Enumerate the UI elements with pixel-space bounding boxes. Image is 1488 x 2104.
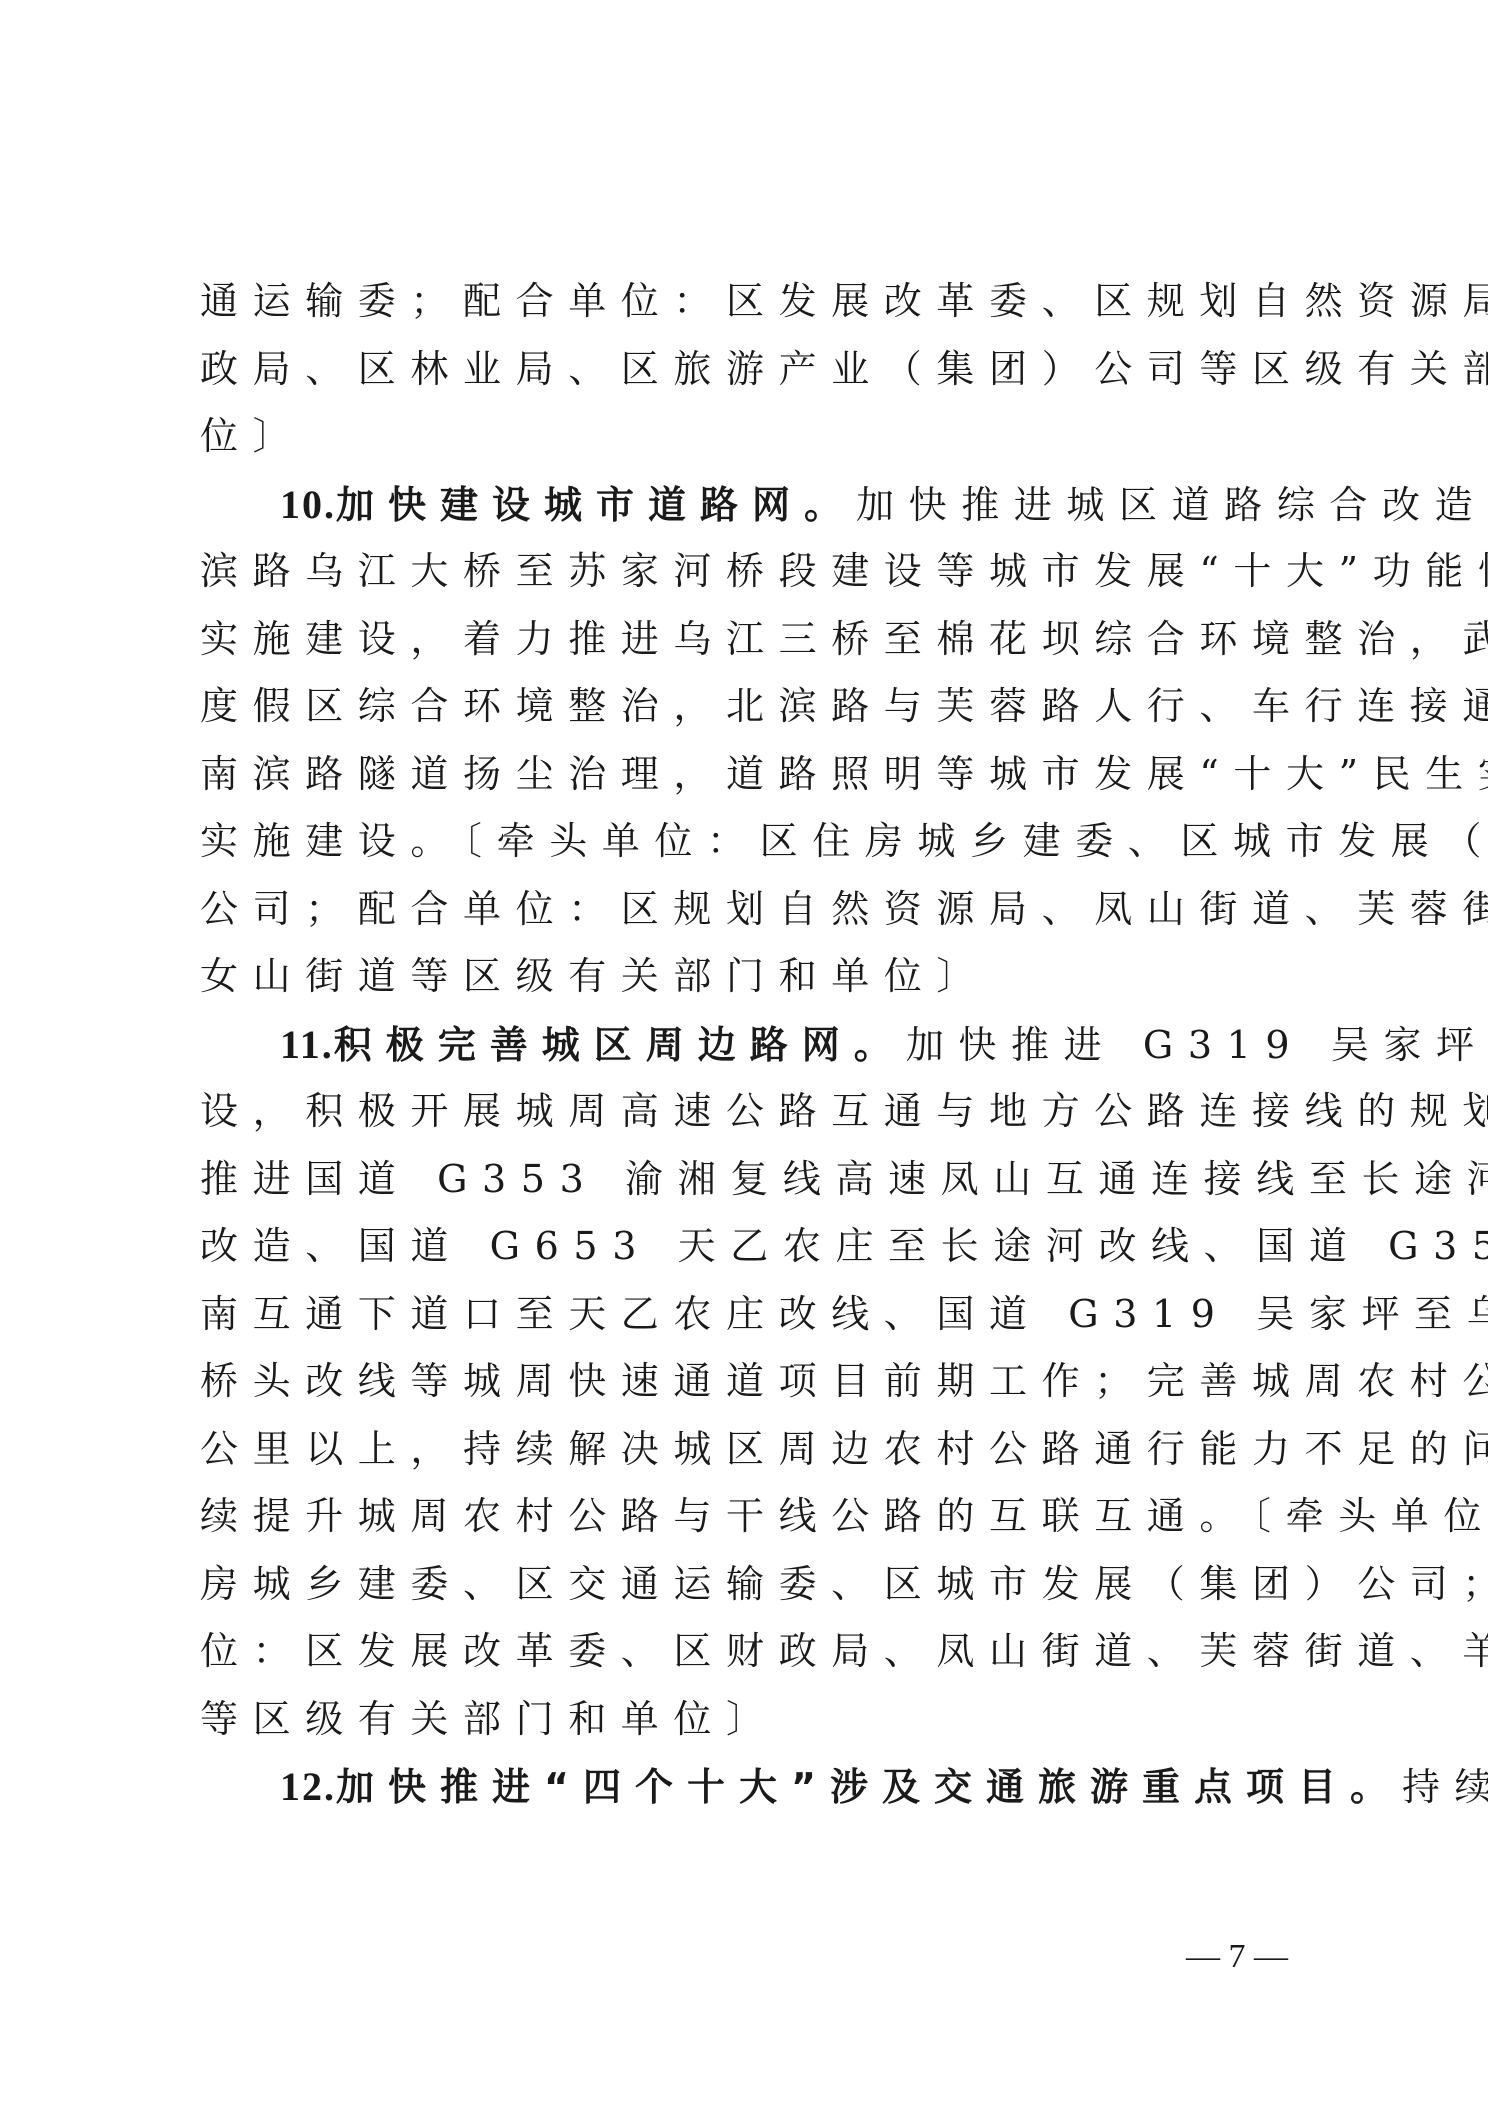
text-line: 南互通下道口至天乙农庄改线、国道 G319 吴家坪至乌江二桥南 bbox=[200, 1281, 1300, 1349]
body-text: 通运输委；配合单位：区发展改革委、区规划自然资源局、区财 政局、区林业局、区旅游… bbox=[200, 268, 1300, 1821]
page-number: — 7 — bbox=[1186, 1938, 1288, 1976]
section-number: 11. bbox=[280, 1022, 334, 1067]
section-number: 12. bbox=[280, 1764, 336, 1809]
text-line: 公里以上，持续解决城区周边农村公路通行能力不足的问题，持 bbox=[200, 1416, 1300, 1484]
text-line: 推进国道 G353 渝湘复线高速凤山互通连接线至长途河桥头原级 bbox=[200, 1146, 1300, 1214]
section-12-first-line: 12.加快推进“四个十大”涉及交通旅游重点项目。持续优化 bbox=[200, 1753, 1300, 1821]
text-line: 南滨路隧道扬尘治理，道路照明等城市发展“十大”民生实事项目 bbox=[200, 741, 1300, 809]
text-line: 等区级有关部门和单位〕 bbox=[200, 1686, 1300, 1754]
section-11-first-line: 11.积极完善城区周边路网。加快推进 G319 吴家坪环岛建 bbox=[200, 1011, 1300, 1079]
section-heading: 积极完善城区周边路网。 bbox=[334, 1023, 906, 1067]
text-line: 桥头改线等城周快速通道项目前期工作；完善城周农村公路 46 bbox=[200, 1348, 1300, 1416]
text-line: 实施建设。〔牵头单位：区住房城乡建委、区城市发展（集团） bbox=[200, 808, 1300, 876]
text-line: 滨路乌江大桥至苏家河桥段建设等城市发展“十大”功能性项目 bbox=[200, 538, 1300, 606]
text-line: 改造、国道 G653 天乙农庄至长途河改线、国道 G353 渝湘复线 bbox=[200, 1213, 1300, 1281]
text-line: 女山街道等区级有关部门和单位〕 bbox=[200, 943, 1300, 1011]
section-number: 10. bbox=[280, 482, 336, 527]
text-line: 设，积极开展城周高速公路互通与地方公路连接线的规划论证， bbox=[200, 1078, 1300, 1146]
section-text: 持续优化 bbox=[1402, 1765, 1488, 1809]
document-page: 通运输委；配合单位：区发展改革委、区规划自然资源局、区财 政局、区林业局、区旅游… bbox=[0, 0, 1488, 2104]
section-text: 加快推进城区道路综合改造，北 bbox=[856, 483, 1488, 527]
section-heading: 加快推进“四个十大”涉及交通旅游重点项目。 bbox=[336, 1765, 1402, 1809]
text-line: 公司；配合单位：区规划自然资源局、凤山街道、芙蓉街道、仙 bbox=[200, 876, 1300, 944]
text-line: 续提升城周农村公路与干线公路的互联互通。〔牵头单位：区住 bbox=[200, 1483, 1300, 1551]
text-line: 房城乡建委、区交通运输委、区城市发展（集团）公司；配合单 bbox=[200, 1551, 1300, 1619]
text-line: 通运输委；配合单位：区发展改革委、区规划自然资源局、区财 bbox=[200, 268, 1300, 336]
section-text: 加快推进 G319 吴家坪环岛建 bbox=[906, 1023, 1488, 1067]
text-line: 位：区发展改革委、区财政局、凤山街道、芙蓉街道、羊角街道 bbox=[200, 1618, 1300, 1686]
section-10-first-line: 10.加快建设城市道路网。加快推进城区道路综合改造，北 bbox=[200, 471, 1300, 539]
text-line: 位〕 bbox=[200, 403, 1300, 471]
text-line: 政局、区林业局、区旅游产业（集团）公司等区级有关部门和单 bbox=[200, 336, 1300, 404]
section-heading: 加快建设城市道路网。 bbox=[336, 483, 856, 527]
text-line: 实施建设，着力推进乌江三桥至棉花坝综合环境整治，武仙路至 bbox=[200, 606, 1300, 674]
text-line: 度假区综合环境整治，北滨路与芙蓉路人行、车行连接通道建设， bbox=[200, 673, 1300, 741]
